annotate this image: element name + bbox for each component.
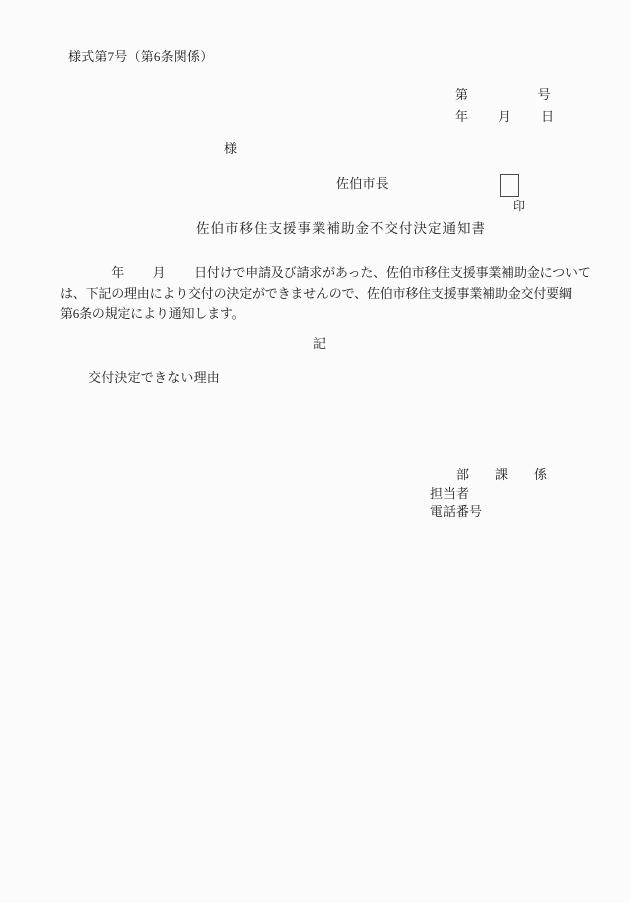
body-line-1: 年 月 日付けで申請及び請求があった、佐伯市移住支援事業補助金について [60, 263, 576, 284]
contact-org-line: 部 課 係 [430, 466, 547, 485]
contact-staff-label: 担当者 [430, 485, 547, 504]
contact-block: 部 課 係 担当者 電話番号 [430, 466, 547, 522]
seal-label: 印 [513, 199, 525, 213]
reason-heading: 交付決定できない理由 [88, 371, 220, 385]
addressee-honorific: 様 [224, 142, 237, 156]
form-number: 様式第7号（第6条関係） [68, 50, 213, 64]
document-page: 様式第7号（第6条関係） 第 号 年 月 日 様 佐伯市長 印 佐伯市移住支援事… [0, 0, 630, 903]
seal-placeholder: 印 [500, 174, 519, 197]
sender-title: 佐伯市長 [336, 177, 389, 191]
body-line-2: は、下記の理由により交付の決定ができませんので、佐伯市移住支援事業補助金交付要綱 [60, 284, 576, 305]
body-paragraph: 年 月 日付けで申請及び請求があった、佐伯市移住支援事業補助金について は、下記… [60, 263, 576, 325]
contact-phone-label: 電話番号 [430, 503, 547, 522]
record-marker: 記 [313, 337, 326, 351]
issue-number-line: 第 号 [455, 88, 551, 102]
body-line-3: 第6条の規定により通知します。 [60, 304, 576, 325]
document-title: 佐伯市移住支援事業補助金不交付決定通知書 [196, 222, 486, 236]
issue-date-line: 年 月 日 [455, 110, 554, 124]
